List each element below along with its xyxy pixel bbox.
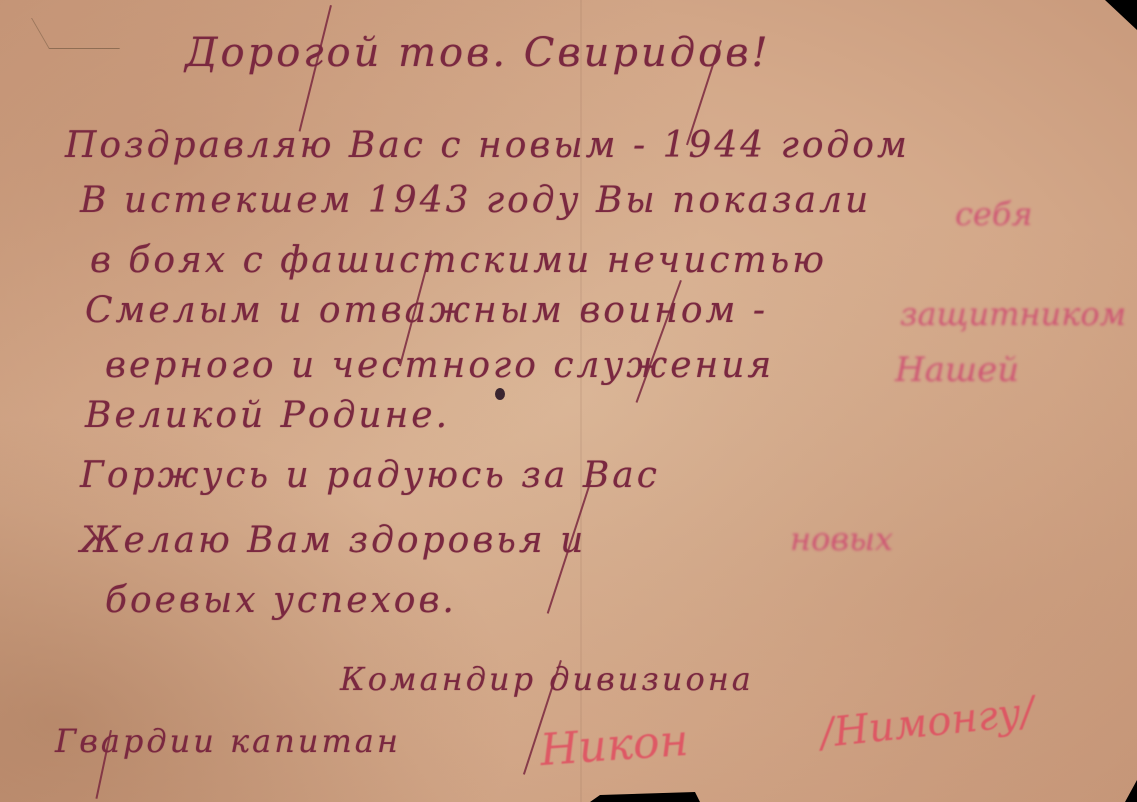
body-line-8: Желаю Вам здоровья и	[80, 520, 586, 561]
body-line-6: Великой Родине.	[85, 395, 450, 436]
body-line-3: в боях с фашистскими нечистью	[90, 240, 827, 281]
greeting: Дорогой тов. Свиридов!	[185, 30, 771, 76]
body-line-5: верного и честного служения	[105, 345, 774, 386]
paper-crack	[31, 18, 120, 49]
body-line-7: Горжусь и радуюсь за Вас	[80, 455, 660, 496]
overwritten-word-3: Нашей	[895, 350, 1019, 390]
letter-paper: Дорогой тов. Свиридов! Поздравляю Вас с …	[0, 0, 1137, 802]
signature-position: Командир дивизиона	[340, 660, 754, 698]
ink-blot	[495, 388, 505, 400]
signature-scrawl: Никон	[538, 715, 690, 776]
body-line-2: В истекшем 1943 году Вы показали	[80, 180, 871, 221]
overwritten-word-1: себя	[955, 195, 1033, 233]
signature-name: /Нимонгу/	[818, 689, 1036, 757]
overwritten-word-4: новых	[790, 520, 893, 558]
body-line-9: боевых успехов.	[105, 580, 457, 621]
body-line-1: Поздравляю Вас с новым - 1944 годом	[65, 125, 910, 166]
overwritten-word-2: защитником	[900, 295, 1126, 333]
